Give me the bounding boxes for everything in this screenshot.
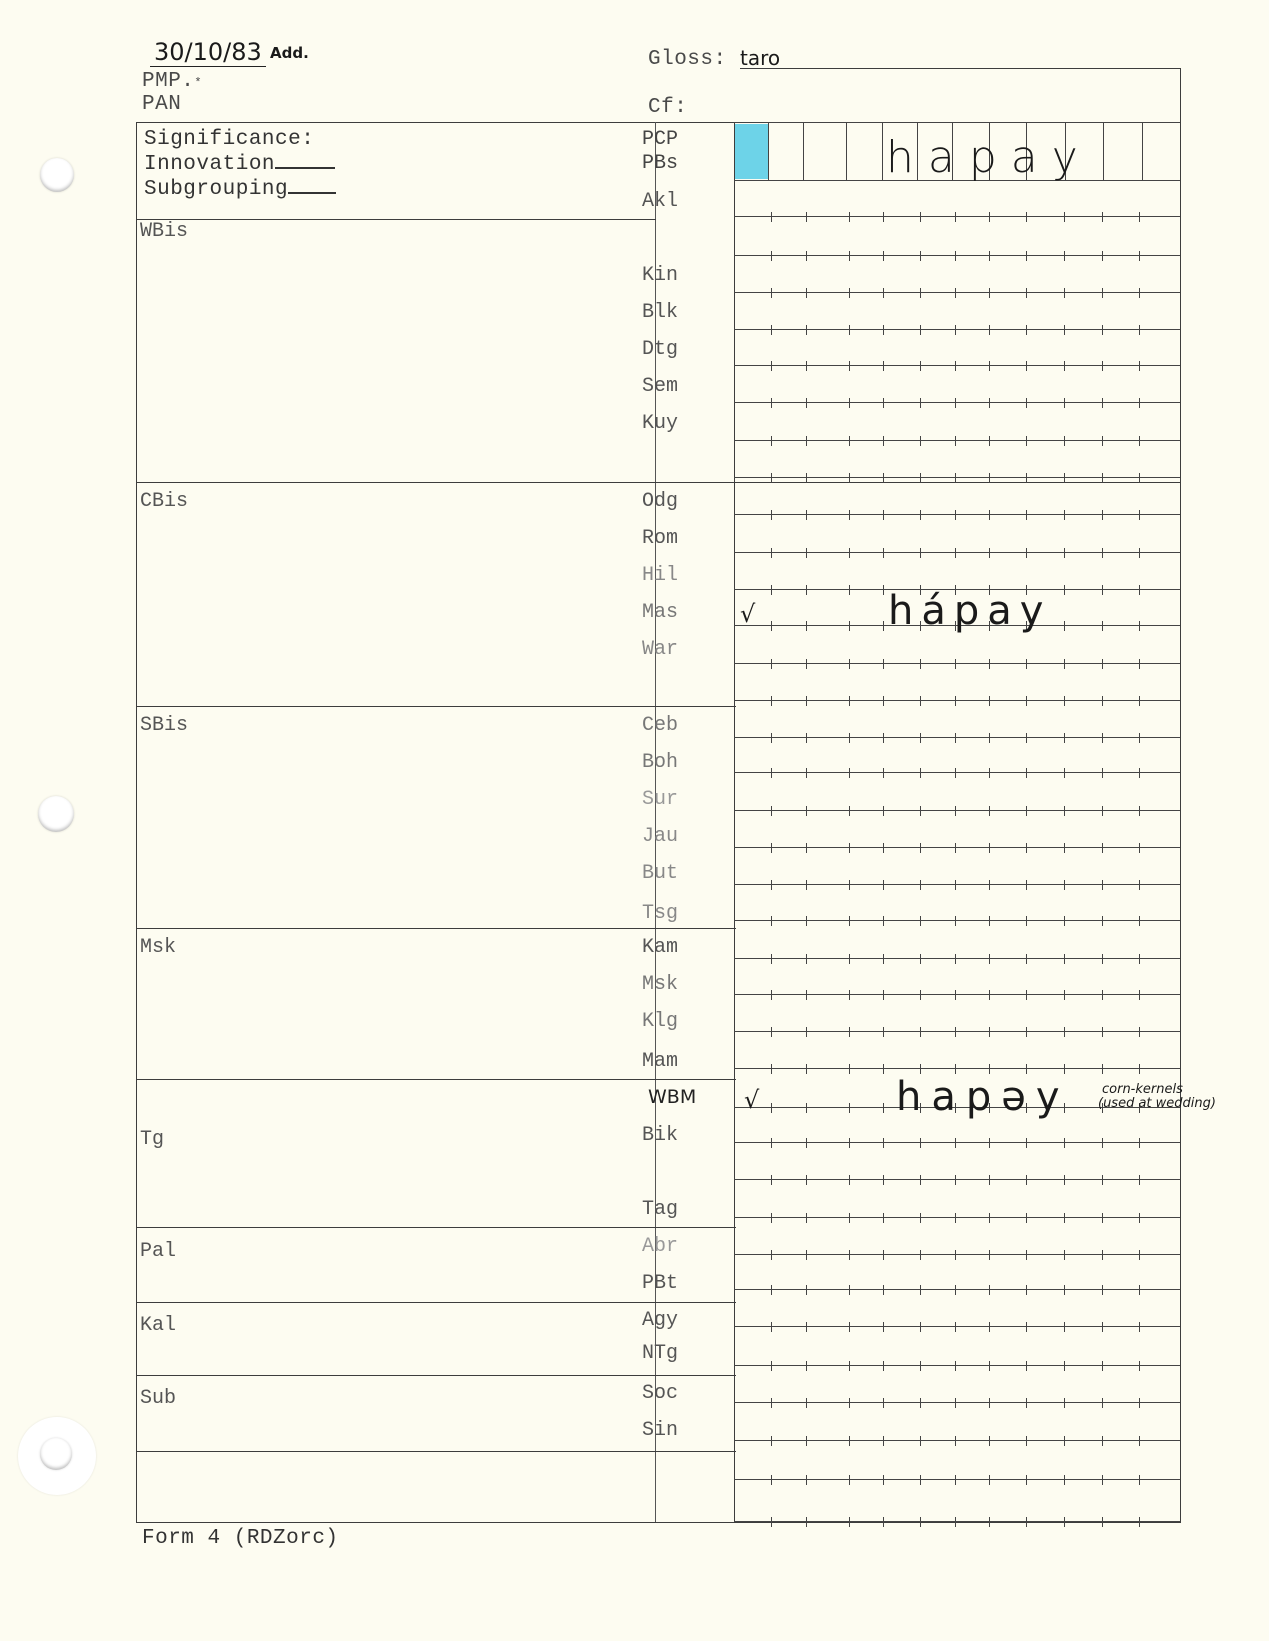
ruled-line-tick	[920, 1250, 921, 1260]
ruled-line-tick	[1026, 768, 1027, 778]
ruled-line-tick	[806, 1285, 807, 1295]
ruled-line-tick	[1102, 325, 1103, 335]
ruled-line	[734, 1440, 1180, 1441]
ruled-line-tick	[849, 1213, 850, 1223]
ruled-line-tick	[849, 361, 850, 371]
ruled-line-tick	[883, 510, 884, 520]
ruled-line-tick	[806, 990, 807, 1000]
ruled-line-tick	[1026, 1475, 1027, 1485]
ruled-line-tick	[806, 1103, 807, 1113]
pan-label: PAN	[142, 93, 181, 116]
entry-grid[interactable]	[734, 122, 1180, 1522]
ruled-line-tick	[989, 510, 990, 520]
ruled-line-tick	[771, 473, 772, 483]
lang-label-pcp: PCP	[642, 128, 678, 151]
ruled-line-tick	[1026, 361, 1027, 371]
ruled-line	[734, 810, 1180, 811]
pbs-cell-divider	[1103, 123, 1104, 180]
ruled-line-tick	[989, 880, 990, 890]
lang-label-mam: Mam	[642, 1050, 678, 1073]
pmp-text: PMP.	[142, 70, 194, 93]
ruled-line-tick	[920, 325, 921, 335]
ruled-line-tick	[1139, 548, 1140, 558]
ruled-line-tick	[989, 1361, 990, 1371]
ruled-line-tick	[1064, 659, 1065, 669]
mas-check: √	[740, 600, 755, 628]
ruled-line	[734, 255, 1180, 256]
ruled-line-tick	[849, 548, 850, 558]
ruled-line-tick	[1064, 1285, 1065, 1295]
ruled-line-tick	[883, 398, 884, 408]
ruled-line-tick	[920, 473, 921, 483]
ruled-line-tick	[1139, 843, 1140, 853]
ruled-line-tick	[1102, 473, 1103, 483]
ruled-line-tick	[849, 251, 850, 261]
pbs-cell-divider	[846, 123, 847, 180]
ruled-line-tick	[849, 398, 850, 408]
ruled-line-tick	[955, 1322, 956, 1332]
wbm-note-line1: corn-kernels	[1098, 1083, 1216, 1097]
ruled-line-tick	[1102, 1361, 1103, 1371]
lang-label-sur: Sur	[642, 788, 678, 811]
ruled-line-tick	[771, 251, 772, 261]
ruled-line-tick	[1102, 585, 1103, 595]
ruled-line-tick	[1064, 954, 1065, 964]
ruled-line-tick	[1102, 916, 1103, 926]
section-label-wbis: WBis	[140, 220, 188, 243]
ruled-line-tick	[955, 1213, 956, 1223]
frame-bottom	[136, 1522, 1181, 1523]
ruled-line-tick	[1102, 398, 1103, 408]
wbm-form[interactable]: hapəy	[896, 1074, 1070, 1120]
ruled-line-tick	[1064, 916, 1065, 926]
subgrouping-field[interactable]: Subgrouping	[144, 178, 336, 201]
ruled-line-tick	[849, 1138, 850, 1148]
ruled-line-tick	[771, 398, 772, 408]
lang-label-abr: Abr	[642, 1235, 678, 1258]
ruled-line-tick	[955, 1361, 956, 1371]
lang-label-jau: Jau	[642, 825, 678, 848]
ruled-line-tick	[771, 325, 772, 335]
ruled-line-tick	[806, 1213, 807, 1223]
innovation-label: Innovation	[144, 153, 275, 176]
ruled-line-tick	[771, 1285, 772, 1295]
ruled-line-tick	[989, 548, 990, 558]
ruled-line-tick	[1102, 954, 1103, 964]
ruled-line-tick	[1026, 473, 1027, 483]
ruled-line-tick	[1102, 436, 1103, 446]
ruled-line-tick	[989, 1436, 990, 1446]
ruled-line-tick	[1139, 1027, 1140, 1037]
ruled-line-tick	[1102, 1475, 1103, 1485]
ruled-line	[734, 552, 1180, 553]
pmp-label: PMP.*	[142, 70, 202, 93]
ruled-line-tick	[1064, 361, 1065, 371]
ruled-line-tick	[989, 843, 990, 853]
ruled-line-tick	[806, 361, 807, 371]
ruled-line-tick	[1102, 361, 1103, 371]
ruled-line-tick	[1026, 1361, 1027, 1371]
ruled-line-tick	[883, 1398, 884, 1408]
ruled-line-tick	[989, 398, 990, 408]
ruled-line-tick	[883, 1027, 884, 1037]
ruled-line-tick	[989, 1138, 990, 1148]
pmp-mark: *	[194, 76, 202, 90]
ruled-line-tick	[1064, 1138, 1065, 1148]
ruled-line-tick	[849, 288, 850, 298]
ruled-line-tick	[989, 1475, 990, 1485]
ruled-line	[734, 772, 1180, 773]
ruled-line-tick	[849, 733, 850, 743]
ruled-line-tick	[883, 436, 884, 446]
lang-label-but: But	[642, 862, 678, 885]
ruled-line-tick	[849, 990, 850, 1000]
ruled-line-tick	[771, 768, 772, 778]
ruled-line-tick	[849, 1322, 850, 1332]
ruled-line-tick	[920, 990, 921, 1000]
ruled-line-tick	[849, 585, 850, 595]
ruled-line-tick	[920, 1517, 921, 1527]
ruled-line-tick	[1102, 806, 1103, 816]
ruled-line-tick	[771, 1027, 772, 1037]
ruled-line-tick	[1026, 806, 1027, 816]
ruled-line	[734, 329, 1180, 330]
ruled-line-tick	[1026, 1175, 1027, 1185]
ruled-line-tick	[1139, 880, 1140, 890]
ruled-line-tick	[1064, 548, 1065, 558]
ruled-line-tick	[1064, 473, 1065, 483]
ruled-line-tick	[849, 1475, 850, 1485]
ruled-line-tick	[806, 696, 807, 706]
ruled-line-tick	[1102, 768, 1103, 778]
ruled-line-tick	[955, 473, 956, 483]
ruled-line-tick	[989, 1398, 990, 1408]
ruled-line-tick	[1064, 1322, 1065, 1332]
ruled-line-tick	[883, 843, 884, 853]
ruled-line-tick	[920, 288, 921, 298]
ruled-line	[734, 1521, 1180, 1522]
lang-label-wbm: WBM	[648, 1086, 696, 1108]
ruled-line-tick	[883, 880, 884, 890]
ruled-line-tick	[920, 398, 921, 408]
ruled-line	[734, 365, 1180, 366]
ruled-line-tick	[955, 843, 956, 853]
ruled-line-tick	[1064, 1175, 1065, 1185]
ruled-line-tick	[1102, 621, 1103, 631]
lang-label-hil: Hil	[642, 564, 678, 587]
binder-hole-top	[40, 158, 74, 192]
ruled-line-tick	[806, 325, 807, 335]
ruled-line-tick	[849, 806, 850, 816]
ruled-line-tick	[849, 1027, 850, 1037]
ruled-line-tick	[1026, 288, 1027, 298]
ruled-line-tick	[1139, 251, 1140, 261]
lang-label-sem: Sem	[642, 375, 678, 398]
ruled-line	[734, 1068, 1180, 1069]
ruled-line-tick	[955, 916, 956, 926]
ruled-line-tick	[1139, 1175, 1140, 1185]
ruled-line-tick	[806, 1436, 807, 1446]
ruled-line	[734, 920, 1180, 921]
pbs-cell-divider	[768, 123, 769, 180]
ruled-line	[734, 994, 1180, 995]
ruled-line-tick	[883, 768, 884, 778]
ruled-line-tick	[1026, 733, 1027, 743]
ruled-line-tick	[806, 548, 807, 558]
section-label-sbis: SBis	[140, 714, 188, 737]
ruled-line-tick	[806, 916, 807, 926]
wbm-note-line2: (used at wedding)	[1098, 1097, 1216, 1111]
ruled-line-tick	[955, 768, 956, 778]
ruled-line-tick	[955, 1398, 956, 1408]
ruled-line-tick	[1102, 1175, 1103, 1185]
ruled-line-tick	[771, 212, 772, 222]
lang-label-dtg: Dtg	[642, 338, 678, 361]
ruled-line-tick	[1026, 1213, 1027, 1223]
ruled-line-tick	[920, 548, 921, 558]
pbs-form[interactable]: hapay	[886, 132, 1092, 183]
ruled-line-tick	[955, 1436, 956, 1446]
ruled-line-tick	[920, 843, 921, 853]
ruled-line-tick	[955, 659, 956, 669]
ruled-line-tick	[806, 1064, 807, 1074]
ruled-line-tick	[1139, 1138, 1140, 1148]
ruled-line-tick	[1102, 696, 1103, 706]
ruled-line-tick	[883, 1285, 884, 1295]
ruled-line-tick	[771, 510, 772, 520]
ruled-line-tick	[806, 585, 807, 595]
ruled-line-tick	[771, 843, 772, 853]
ruled-line-tick	[883, 916, 884, 926]
ruled-line-tick	[806, 1322, 807, 1332]
ruled-line-tick	[1102, 1064, 1103, 1074]
ruled-line-tick	[883, 954, 884, 964]
ruled-line-tick	[806, 510, 807, 520]
ruled-line-tick	[1139, 1064, 1140, 1074]
ruled-line-tick	[1102, 251, 1103, 261]
ruled-line-tick	[1026, 990, 1027, 1000]
ruled-line-tick	[989, 1517, 990, 1527]
ruled-line-tick	[920, 361, 921, 371]
ruled-line-tick	[1102, 1436, 1103, 1446]
ruled-line-tick	[1139, 1517, 1140, 1527]
ruled-line-tick	[1064, 1398, 1065, 1408]
significance-divider	[136, 219, 656, 220]
lang-label-kin: Kin	[642, 264, 678, 287]
ruled-line-tick	[989, 1322, 990, 1332]
ruled-line-tick	[771, 621, 772, 631]
lang-label-boh: Boh	[642, 751, 678, 774]
section-label-kal: Kal	[140, 1314, 176, 1337]
ruled-line-tick	[1139, 1285, 1140, 1295]
ruled-line	[734, 1179, 1180, 1180]
ruled-line-tick	[1026, 548, 1027, 558]
ruled-line-tick	[1064, 398, 1065, 408]
ruled-line-tick	[920, 880, 921, 890]
ruled-line	[734, 477, 1180, 478]
ruled-line-tick	[1102, 1138, 1103, 1148]
ruled-line	[734, 847, 1180, 848]
ruled-line	[734, 737, 1180, 738]
ruled-line-tick	[955, 1138, 956, 1148]
ruled-line-tick	[883, 548, 884, 558]
ruled-line-tick	[806, 1361, 807, 1371]
ruled-line-tick	[1064, 1517, 1065, 1527]
ruled-line-tick	[1064, 990, 1065, 1000]
ruled-line-tick	[920, 251, 921, 261]
form-footer: Form 4 (RDZorc)	[142, 1527, 339, 1550]
section-divider-sbis	[136, 706, 736, 707]
pbs-cell-divider	[803, 123, 804, 180]
ruled-line-tick	[1026, 843, 1027, 853]
pbs-cell-divider	[882, 123, 883, 180]
ruled-line-tick	[1139, 212, 1140, 222]
ruled-line-tick	[883, 251, 884, 261]
ruled-line-tick	[1139, 585, 1140, 595]
ruled-line-tick	[989, 473, 990, 483]
section-label-pal: Pal	[140, 1240, 176, 1263]
gloss-label: Gloss:	[648, 48, 727, 71]
ruled-line-tick	[955, 325, 956, 335]
lang-label-blk: Blk	[642, 301, 678, 324]
ruled-line-tick	[955, 1517, 956, 1527]
ruled-line-tick	[1139, 954, 1140, 964]
ruled-line-tick	[883, 1517, 884, 1527]
ruled-line-tick	[1139, 288, 1140, 298]
ruled-line-tick	[955, 1064, 956, 1074]
significance-title: Significance:	[144, 128, 314, 151]
ruled-line-tick	[955, 990, 956, 1000]
section-divider-msk	[136, 928, 736, 929]
initials-handwritten: Add.	[270, 44, 309, 62]
lang-label-rom: Rom	[642, 527, 678, 550]
ruled-line-tick	[771, 1322, 772, 1332]
ruled-line	[734, 700, 1180, 701]
ruled-line-tick	[1064, 1213, 1065, 1223]
ruled-line-tick	[1026, 916, 1027, 926]
ruled-line-tick	[955, 954, 956, 964]
frame-right-top	[1180, 68, 1181, 122]
ruled-line-tick	[955, 212, 956, 222]
ruled-line-tick	[883, 361, 884, 371]
ruled-line-tick	[1064, 436, 1065, 446]
ruled-line-tick	[771, 436, 772, 446]
ruled-line-tick	[989, 916, 990, 926]
ruled-line-tick	[955, 1250, 956, 1260]
ruled-line	[734, 884, 1180, 885]
ruled-line-tick	[955, 733, 956, 743]
ruled-line-tick	[883, 659, 884, 669]
ruled-line-tick	[955, 361, 956, 371]
ruled-line-tick	[1139, 473, 1140, 483]
gloss-underline	[740, 68, 1180, 69]
wbm-note: corn-kernels (used at wedding)	[1098, 1083, 1216, 1111]
ruled-line-tick	[920, 1138, 921, 1148]
ruled-line-tick	[806, 1475, 807, 1485]
binder-hole-middle	[38, 796, 74, 832]
ruled-line-tick	[771, 880, 772, 890]
ruled-line-tick	[806, 436, 807, 446]
ruled-line-tick	[771, 1398, 772, 1408]
ruled-line-tick	[989, 696, 990, 706]
innovation-field[interactable]: Innovation	[144, 153, 335, 176]
ruled-line-tick	[883, 806, 884, 816]
ruled-line-tick	[989, 806, 990, 816]
ruled-line-tick	[806, 1250, 807, 1260]
ruled-line-tick	[920, 1064, 921, 1074]
ruled-line-tick	[883, 1361, 884, 1371]
ruled-line-tick	[806, 1027, 807, 1037]
ruled-line-tick	[883, 1475, 884, 1485]
ruled-line-tick	[920, 1027, 921, 1037]
ruled-line-tick	[1102, 1398, 1103, 1408]
ruled-line-tick	[989, 733, 990, 743]
ruled-line-tick	[806, 843, 807, 853]
ruled-line-tick	[771, 806, 772, 816]
ruled-line-tick	[989, 251, 990, 261]
lang-label-agy: Agy	[642, 1309, 678, 1332]
ruled-line-tick	[955, 548, 956, 558]
ruled-line-tick	[920, 1175, 921, 1185]
ruled-line-tick	[806, 880, 807, 890]
ruled-line	[734, 216, 1180, 217]
gloss-value[interactable]: taro	[740, 46, 780, 70]
ruled-line-tick	[989, 288, 990, 298]
ruled-line-tick	[1102, 659, 1103, 669]
ruled-line-tick	[1139, 1250, 1140, 1260]
ruled-line-tick	[771, 361, 772, 371]
ruled-line-tick	[955, 1027, 956, 1037]
ruled-line-tick	[771, 659, 772, 669]
ruled-line-tick	[849, 1517, 850, 1527]
lang-label-akl: Akl	[642, 190, 678, 213]
lang-label-tag: Tag	[642, 1198, 678, 1221]
section-divider-sub	[136, 1375, 736, 1376]
ruled-line-tick	[1026, 1398, 1027, 1408]
ruled-line-tick	[806, 1175, 807, 1185]
lang-label-pbt: PBt	[642, 1272, 678, 1295]
frame-right	[1180, 122, 1181, 1522]
ruled-line-tick	[849, 1064, 850, 1074]
ruled-line-tick	[989, 954, 990, 964]
binder-hole-bottom	[40, 1438, 72, 1470]
ruled-line-tick	[955, 1475, 956, 1485]
ruled-line-tick	[1139, 733, 1140, 743]
ruled-line-tick	[883, 1103, 884, 1113]
ruled-line-tick	[1139, 436, 1140, 446]
ruled-line-tick	[883, 733, 884, 743]
ruled-line-tick	[955, 436, 956, 446]
section-label-msk: Msk	[140, 936, 176, 959]
mas-form[interactable]: hápay	[888, 588, 1051, 634]
frame-left	[136, 122, 137, 1522]
ruled-line-tick	[849, 1103, 850, 1113]
ruled-line-tick	[849, 473, 850, 483]
ruled-line-tick	[806, 768, 807, 778]
ruled-line-tick	[849, 880, 850, 890]
lang-label-war: War	[642, 638, 678, 661]
ruled-line-tick	[849, 325, 850, 335]
ruled-line-tick	[1026, 1322, 1027, 1332]
ruled-line-tick	[1102, 1213, 1103, 1223]
ruled-line-tick	[1102, 1322, 1103, 1332]
ruled-line-tick	[1102, 548, 1103, 558]
ruled-line-tick	[1139, 659, 1140, 669]
ruled-line-tick	[920, 1361, 921, 1371]
ruled-line-tick	[1102, 1285, 1103, 1295]
ruled-line-tick	[1139, 510, 1140, 520]
ruled-line-tick	[989, 325, 990, 335]
